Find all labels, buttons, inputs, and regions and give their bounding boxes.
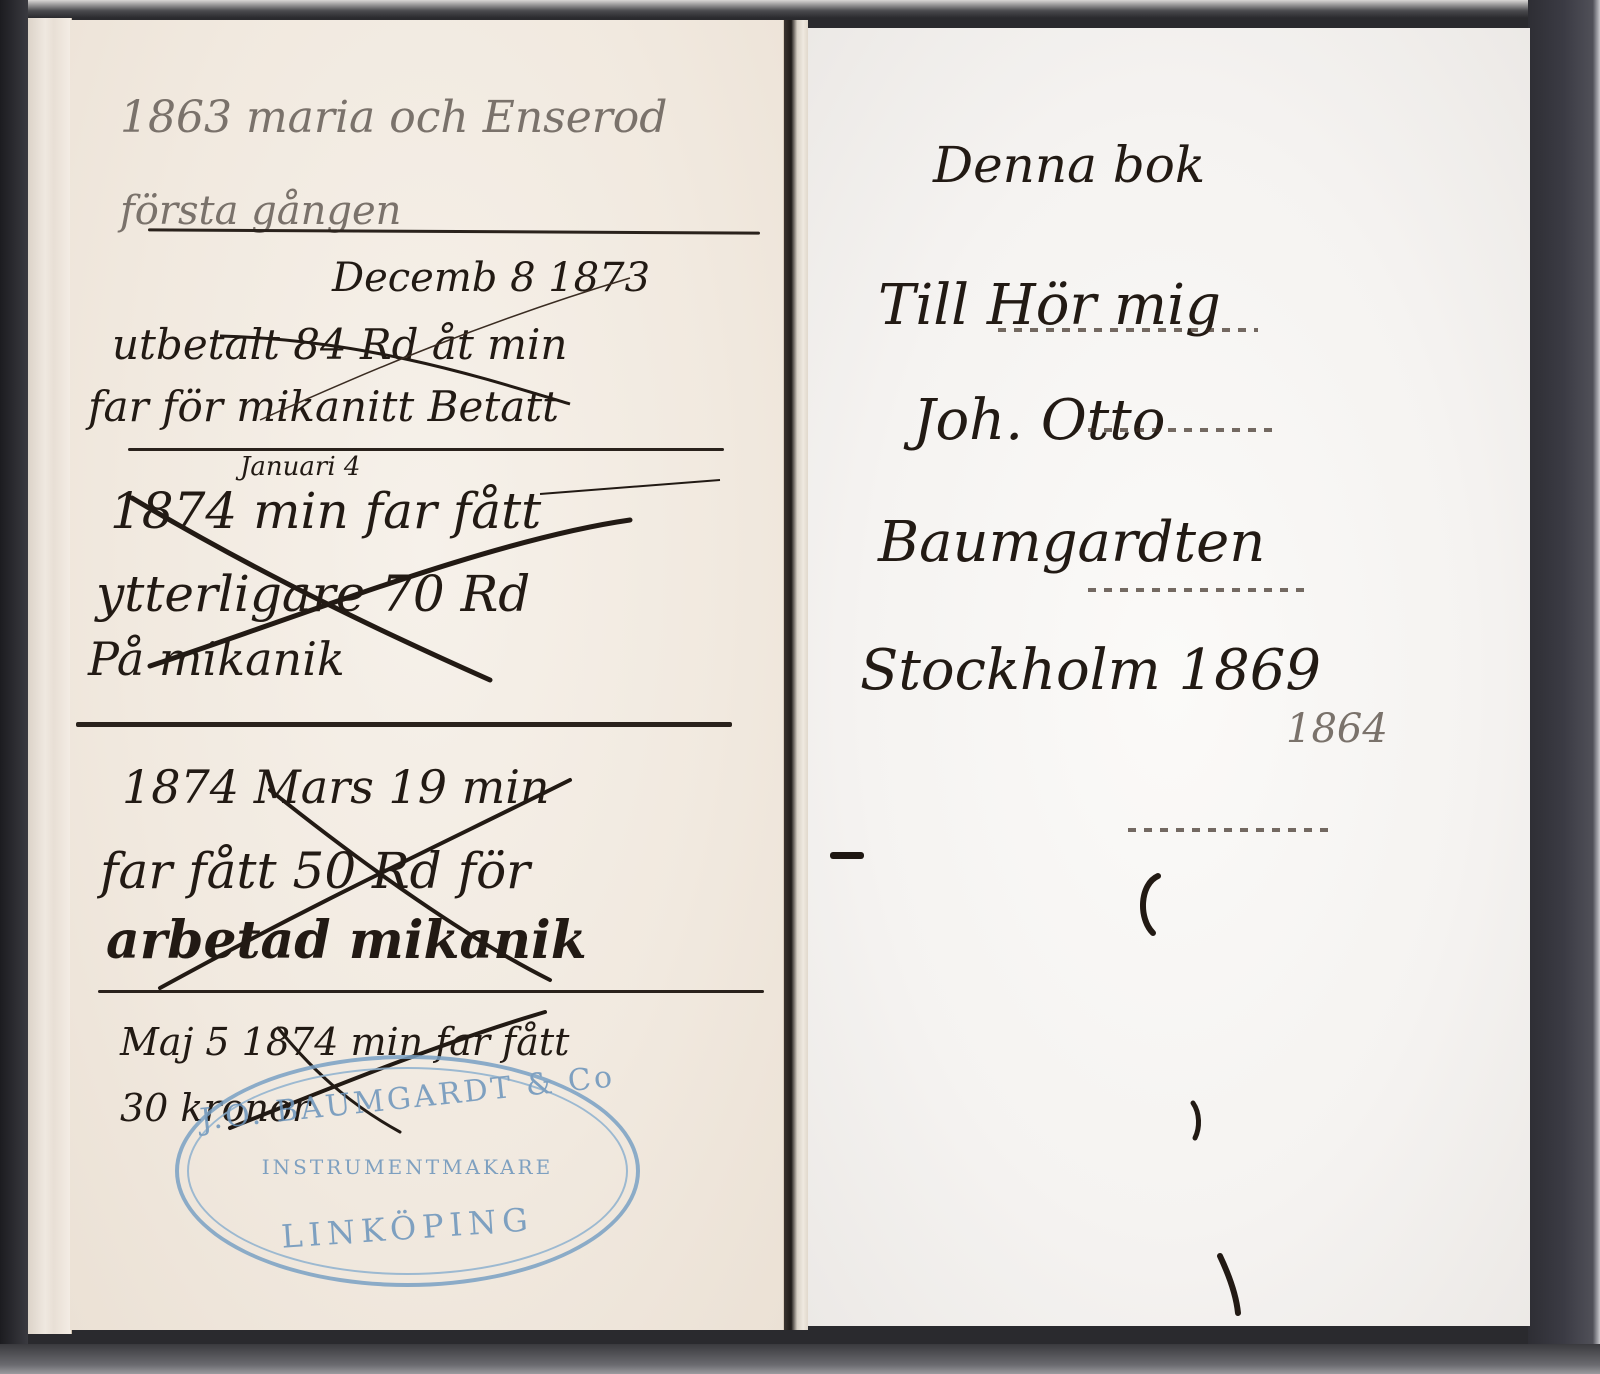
- book-spine-gutter: [784, 20, 808, 1330]
- book-cover-bottom-edge: [0, 1344, 1600, 1374]
- scanned-notebook: 1863 maria och Enserod första gången Dec…: [0, 0, 1600, 1374]
- divider-2: [128, 448, 724, 451]
- right-page: Denna bok Till Hör mig Joh. Otto Baumgar…: [808, 28, 1530, 1326]
- stamp-trade: INSTRUMENTMAKARE: [179, 1155, 636, 1179]
- inscription-line-1: Denna bok: [933, 136, 1205, 194]
- book-cover-right: [1528, 0, 1600, 1374]
- ink-dash-mark: [830, 852, 864, 859]
- ink-blot-trail: [998, 328, 1258, 332]
- ink-blot-trail: [1088, 428, 1278, 432]
- entry-1863-line1: 1863 maria och Enserod: [120, 92, 667, 143]
- entry-maj-1874-line1: Maj 5 1874 min far fått: [120, 1020, 569, 1064]
- ink-blot-trail: [1128, 828, 1328, 832]
- entry-jan-1874-line1: 1874 min far fått: [110, 482, 541, 540]
- left-page: 1863 maria och Enserod första gången Dec…: [70, 20, 784, 1330]
- entry-jan-1874-insert: Januari 4: [240, 452, 360, 482]
- stamp-city: LINKÖPING: [178, 1193, 637, 1263]
- entry-dec-1873-line2: far för mikanitt Betatt: [88, 382, 559, 431]
- page-edges-stack: [28, 18, 72, 1334]
- pencil-year-note: 1864: [1286, 706, 1388, 752]
- divider-4: [98, 990, 764, 993]
- entry-jan-1874-line3: På mikanik: [88, 632, 345, 686]
- inscription-line-4: Baumgardten: [878, 510, 1265, 575]
- maker-stamp: J.O. BAUMGARDT & Co INSTRUMENTMAKARE LIN…: [175, 1055, 640, 1287]
- ink-blot-trail: [1088, 588, 1308, 592]
- inscription-line-5: Stockholm 1869: [860, 638, 1321, 703]
- book-cover-top-edge: [0, 0, 1600, 18]
- divider-3: [76, 722, 732, 727]
- entry-jan-1874-line2: ytterligare 70 Rd: [96, 565, 530, 623]
- stamp-maker-name: J.O. BAUMGARDT & Co: [178, 1057, 636, 1140]
- book-cover-left: [0, 0, 28, 1374]
- entry-1863-line2: första gången: [120, 188, 401, 234]
- inscription-line-3: Joh. Otto: [913, 388, 1165, 453]
- entry-dec-1873-line1: utbetalt 84 Rd åt min: [112, 320, 567, 369]
- entry-mar-1874-line2: far fått 50 Rd för: [100, 842, 530, 900]
- entry-dec-1873-date: Decemb 8 1873: [332, 255, 650, 301]
- entry-mar-1874-line1: 1874 Mars 19 min: [122, 760, 550, 814]
- entry-mar-1874-line3: arbetad mikanik: [106, 910, 587, 971]
